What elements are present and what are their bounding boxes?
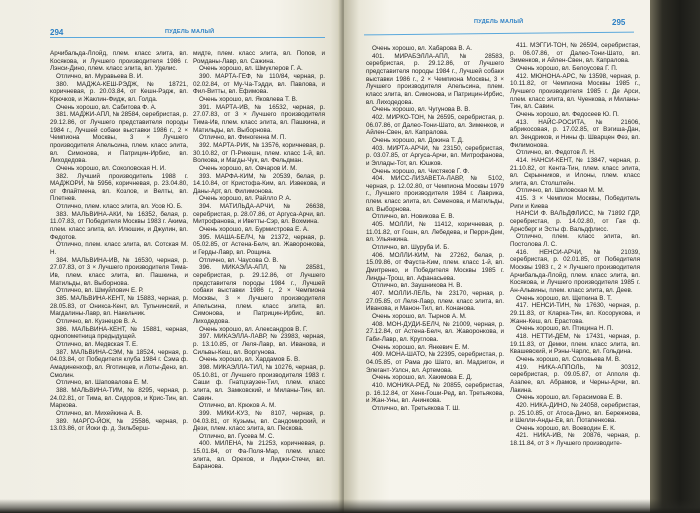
entry-paragraph: мидте, плем. класс элита, вл. Попов, и Р… bbox=[193, 50, 325, 65]
entry-paragraph: Очень хорошо, вл. Докина Т. Д. bbox=[366, 137, 504, 145]
entry-paragraph: 406. МОЛЛИ-КИМ, № 27262, белая, р. 15.09… bbox=[366, 252, 504, 283]
entry-paragraph: 405. МОЛЛИ, № 11412, коричневая, р. 11.0… bbox=[366, 221, 504, 244]
entry-paragraph: Отлично, вл. Шуруба И. Б. bbox=[366, 244, 504, 252]
entry-paragraph: Отлично, вл. Шмуйлович Е. Р. bbox=[50, 287, 188, 295]
entry-paragraph: 384. МАЛЬВИНА-ИВ, № 16530, черная, р. 27… bbox=[50, 257, 188, 288]
left-page-header: 294 ПУДЕЛЬ МАЛЫЙ bbox=[50, 28, 330, 42]
entry-paragraph: 388. МАЛЬВИНА-ТИМ, № 8295, черная, р. 24… bbox=[50, 387, 188, 410]
entry-paragraph: Отлично, вл. Крюков А. М. bbox=[193, 402, 325, 410]
entry-paragraph: 411. МЭГГИ-ТОН, № 26594, серебристая, р.… bbox=[510, 42, 640, 65]
entry-paragraph: Отлично, вл. Третьякова Т. Ш. bbox=[366, 405, 504, 413]
entry-paragraph: Отлично, вл. Федотов Л. Н. bbox=[510, 149, 640, 157]
entry-paragraph: Очень хорошо, вл. Хардамов Б. В. bbox=[193, 356, 325, 364]
running-title: ПУДЕЛЬ МАЛЫЙ bbox=[165, 29, 214, 35]
entry-paragraph: Отлично, вл. Муравьева В. И. bbox=[50, 73, 188, 81]
entry-paragraph: 386. МАЛЬВИНА-КЕНТ, № 15881, черная, одн… bbox=[50, 326, 188, 341]
entry-paragraph: Отлично, вл. Чаусова О. В. bbox=[193, 257, 325, 265]
entry-paragraph: Отлично, плем. класс элита, вл. Сотская … bbox=[50, 241, 188, 256]
entry-paragraph: Очень хорошо, вл. Герасимова Е. В. bbox=[510, 394, 640, 402]
entry-paragraph: 418. НЕТТИ-ДЕМ, № 17431, черная, р. 19.1… bbox=[510, 333, 640, 356]
entry-paragraph: Очень хорошо, вл. Соколовская Н. И. bbox=[50, 165, 188, 173]
entry-paragraph: 414. НАНСИ-КЕНТ, № 13847, черная, р. 21.… bbox=[510, 157, 640, 188]
entry-paragraph: 415. 3 × Чемпион Москвы, Победитель Риги… bbox=[510, 195, 640, 210]
entry-paragraph: Очень хорошо, вл. Чистяков Г. Ф. bbox=[366, 168, 504, 176]
entry-paragraph: Отлично, вл. Шкловская М. М. bbox=[510, 187, 640, 195]
entry-paragraph: 403. МИРТА-АРЧИ, № 23150, серебристая, р… bbox=[366, 145, 504, 168]
entry-paragraph: 400. МИЛЕНА, № 21253, коричневая, р. 15.… bbox=[193, 440, 325, 471]
entry-paragraph: Отлично, плем. класс элита, вл. Постолов… bbox=[510, 233, 640, 248]
entry-paragraph: 383. МАЛЬВИНА-АКИ, № 16352, белая, р. 11… bbox=[50, 211, 188, 242]
entry-paragraph: 398. МИКАЭЛЛА-ТИЛ, № 10276, черная, р. 0… bbox=[193, 364, 325, 402]
entry-paragraph: 416. НЕНСИ-АРЧИ, № 21039, серебристая, р… bbox=[510, 249, 640, 295]
entry-paragraph: 391. МАРТА-ИВ, № 16532, черная, р. 27.07… bbox=[193, 104, 325, 135]
entry-paragraph: 387. МАЛЬВИНА-СЭМ, № 18524, черная, р. 0… bbox=[50, 349, 188, 380]
entry-paragraph: Отлично, плем. класс элита, вл. Усов Ю. … bbox=[50, 203, 188, 211]
page-number: 294 bbox=[50, 28, 63, 37]
entry-paragraph: Отлично, вл. Шаповалова Е. М. bbox=[50, 379, 188, 387]
entry-paragraph: 399. МИКИ-КУЗ, № 8107, черная, р. 04.03.… bbox=[193, 410, 325, 433]
text-column-right-2: 411. МЭГГИ-ТОН, № 26594, серебристая, р.… bbox=[510, 42, 640, 448]
entry-paragraph: 412. МЮНОНА-АРС, № 13598, черная, р. 10.… bbox=[510, 73, 640, 111]
entry-paragraph: Арчибальда-Ллойд, плем. класс элита, вл.… bbox=[50, 50, 188, 73]
entry-paragraph: Очень хорошо, вл. Воеводин Е. К. bbox=[510, 425, 640, 433]
entry-paragraph: Очень хорошо, вл. Хакимова Е. Д. bbox=[366, 374, 504, 382]
entry-paragraph: 393. МАРФА-КИМ, № 20539, белая, р. 14.10… bbox=[193, 173, 325, 196]
entry-paragraph: 392. МАРТА-РИК, № 13576, коричневая, р. … bbox=[193, 142, 325, 165]
entry-paragraph: Очень хорошо, вл. Щеткина В. Т. bbox=[510, 295, 640, 303]
entry-paragraph: 419. НИКА-АППОЛЬ, № 30312, серебристая, … bbox=[510, 364, 640, 395]
text-column-right-1: Очень хорошо, вл. Хабарова В. А.401. МИР… bbox=[366, 45, 504, 413]
entry-paragraph: 385. МАЛЬВИНА-КЕНТ, № 15883, черная, р. … bbox=[50, 295, 188, 318]
entry-paragraph: 410. МОНИКА-РЕД, № 20855, серебристая, р… bbox=[366, 382, 504, 405]
entry-paragraph: 397. МИКАЭЛЛА-ЛАВР, № 23983, черная, р. … bbox=[193, 333, 325, 356]
entry-paragraph: 413. НАЙС-РОСИТА, № 21606, абрикосовая, … bbox=[510, 119, 640, 150]
header-rule bbox=[364, 32, 634, 36]
entry-paragraph: 401. МИРАБЭЛЛА-АПЛ, № 28583, серебристая… bbox=[366, 53, 504, 107]
entry-paragraph: Отлично, вл. Новикова Е. В. bbox=[366, 213, 504, 221]
entry-paragraph: Очень хорошо, вл. Федосеев Ю. П. bbox=[510, 111, 640, 119]
entry-paragraph: 395. МАША-БЕЛЧ, № 21372, черная, р. 05.0… bbox=[193, 234, 325, 257]
entry-paragraph: Очень хорошо, вл. Чугунова В. В. bbox=[366, 106, 504, 114]
book-edge bbox=[650, 0, 700, 513]
entry-paragraph: Очень хорошо, вл. Шмуклеров Г. А. bbox=[193, 65, 325, 73]
entry-paragraph: Очень хорошо, вл. Райлло Р. А. bbox=[193, 195, 325, 203]
entry-paragraph: Очень хорошо, вл. Яковлева Т. В. bbox=[193, 96, 325, 104]
right-page-header: ПУДЕЛЬ МАЛЫЙ 295 bbox=[364, 18, 634, 32]
entry-paragraph: Очень хорошо, вл. Соловьева М. В. bbox=[510, 356, 640, 364]
entry-paragraph: 389. МАРГО-ЙОК, № 25586, черная, р. 13.0… bbox=[50, 418, 188, 433]
entry-paragraph: 407. МОЛЛИ-ЛЕЛЬ, № 23170, черная, р. 27.… bbox=[366, 290, 504, 313]
entry-paragraph: Отлично, вл. Заушникова Н. В. bbox=[366, 282, 504, 290]
entry-paragraph: 381. МАДЖИ-АПЛ, № 28584, серебристая, р.… bbox=[50, 111, 188, 165]
text-column-left-1: Арчибальда-Ллойд, плем. класс элита, вл.… bbox=[50, 50, 188, 433]
book-spread: 294 ПУДЕЛЬ МАЛЫЙ Арчибальда-Ллойд, плем.… bbox=[0, 0, 700, 513]
text-column-left-2: мидте, плем. класс элита, вл. Попов, и Р… bbox=[193, 50, 325, 471]
entry-paragraph: Очень хорошо, вл. Бурмистрова Е. А. bbox=[193, 226, 325, 234]
entry-paragraph: 380. МАДЖА-КЕШ-РЭДЖ, № 18721, коричневая… bbox=[50, 81, 188, 104]
entry-paragraph: Отлично, вл. Гусева М. С. bbox=[193, 433, 325, 441]
entry-paragraph: 396. МИКАЭЛА-АПЛ, № 28581, серебристая, … bbox=[193, 264, 325, 325]
entry-paragraph: Очень хорошо, вл. Белоусова Г. П. bbox=[510, 65, 640, 73]
entry-paragraph: 420. НИКА-ДИНО, № 24058, серебристая, р.… bbox=[510, 402, 640, 425]
left-page: 294 ПУДЕЛЬ МАЛЫЙ Арчибальда-Ллойд, плем.… bbox=[0, 0, 344, 513]
entry-paragraph: Очень хорошо, вл. Птицина Н. П. bbox=[510, 325, 640, 333]
entry-paragraph: 421. НИКА-ИВ, № 20876, черная, р. 18.11.… bbox=[510, 432, 640, 447]
entry-paragraph: Отлично, вл. Михейкина А. В. bbox=[50, 410, 188, 418]
entry-paragraph: НАНСИ Ф. ВАЛЬДФЛИСС, № 71892 ГДР, серебр… bbox=[510, 210, 640, 233]
entry-paragraph: 394. МАТИЛЬДА-АРЧИ, № 26638, серебристая… bbox=[193, 203, 325, 226]
entry-paragraph: 409. МОНА-ШАТО, № 22395, серебристая, р.… bbox=[366, 351, 504, 374]
header-rule bbox=[50, 37, 325, 38]
entry-paragraph: Очень хорошо, вл. Овчаров И. М. bbox=[193, 165, 325, 173]
scan-shadow bbox=[0, 499, 700, 513]
entry-paragraph: 390. МАРТА-ГЕФ, № 110/84, черная, р. 02.… bbox=[193, 73, 325, 96]
entry-paragraph: Очень хорошо, вл. Александров В. Г. bbox=[193, 326, 325, 334]
entry-paragraph: 404. МИСС-ЛИЗАВЕТА-ЛАВР, № 5102, черная,… bbox=[366, 175, 504, 213]
entry-paragraph: Очень хорошо, вл. Тырнов А. М. bbox=[366, 313, 504, 321]
running-title: ПУДЕЛЬ МАЛЫЙ bbox=[474, 19, 523, 25]
entry-paragraph: 408. МОН-ДУДИ-БЕЛЧ, № 21009, черная, р. … bbox=[366, 321, 504, 344]
entry-paragraph: Отлично, вл. Финогенна М. П. bbox=[193, 134, 325, 142]
entry-paragraph: Отлично, вл. Медвская Т. Е. bbox=[50, 341, 188, 349]
entry-paragraph: Отлично, вл. Кузнецов В. А. bbox=[50, 318, 188, 326]
page-number: 295 bbox=[612, 18, 625, 27]
entry-paragraph: 382. Лучший производитель 1988 г. МАДЖОР… bbox=[50, 173, 188, 204]
entry-paragraph: 417. НЕНСИ-ТИН, № 17630, черная, р. 29.1… bbox=[510, 302, 640, 325]
entry-paragraph: Очень хорошо, вл. Хабарова В. А. bbox=[366, 45, 504, 53]
entry-paragraph: 402. МИРКО-ТОН, № 26595, серебристая, р.… bbox=[366, 114, 504, 137]
right-page: ПУДЕЛЬ МАЛЫЙ 295 Очень хорошо, вл. Хабар… bbox=[344, 0, 650, 513]
